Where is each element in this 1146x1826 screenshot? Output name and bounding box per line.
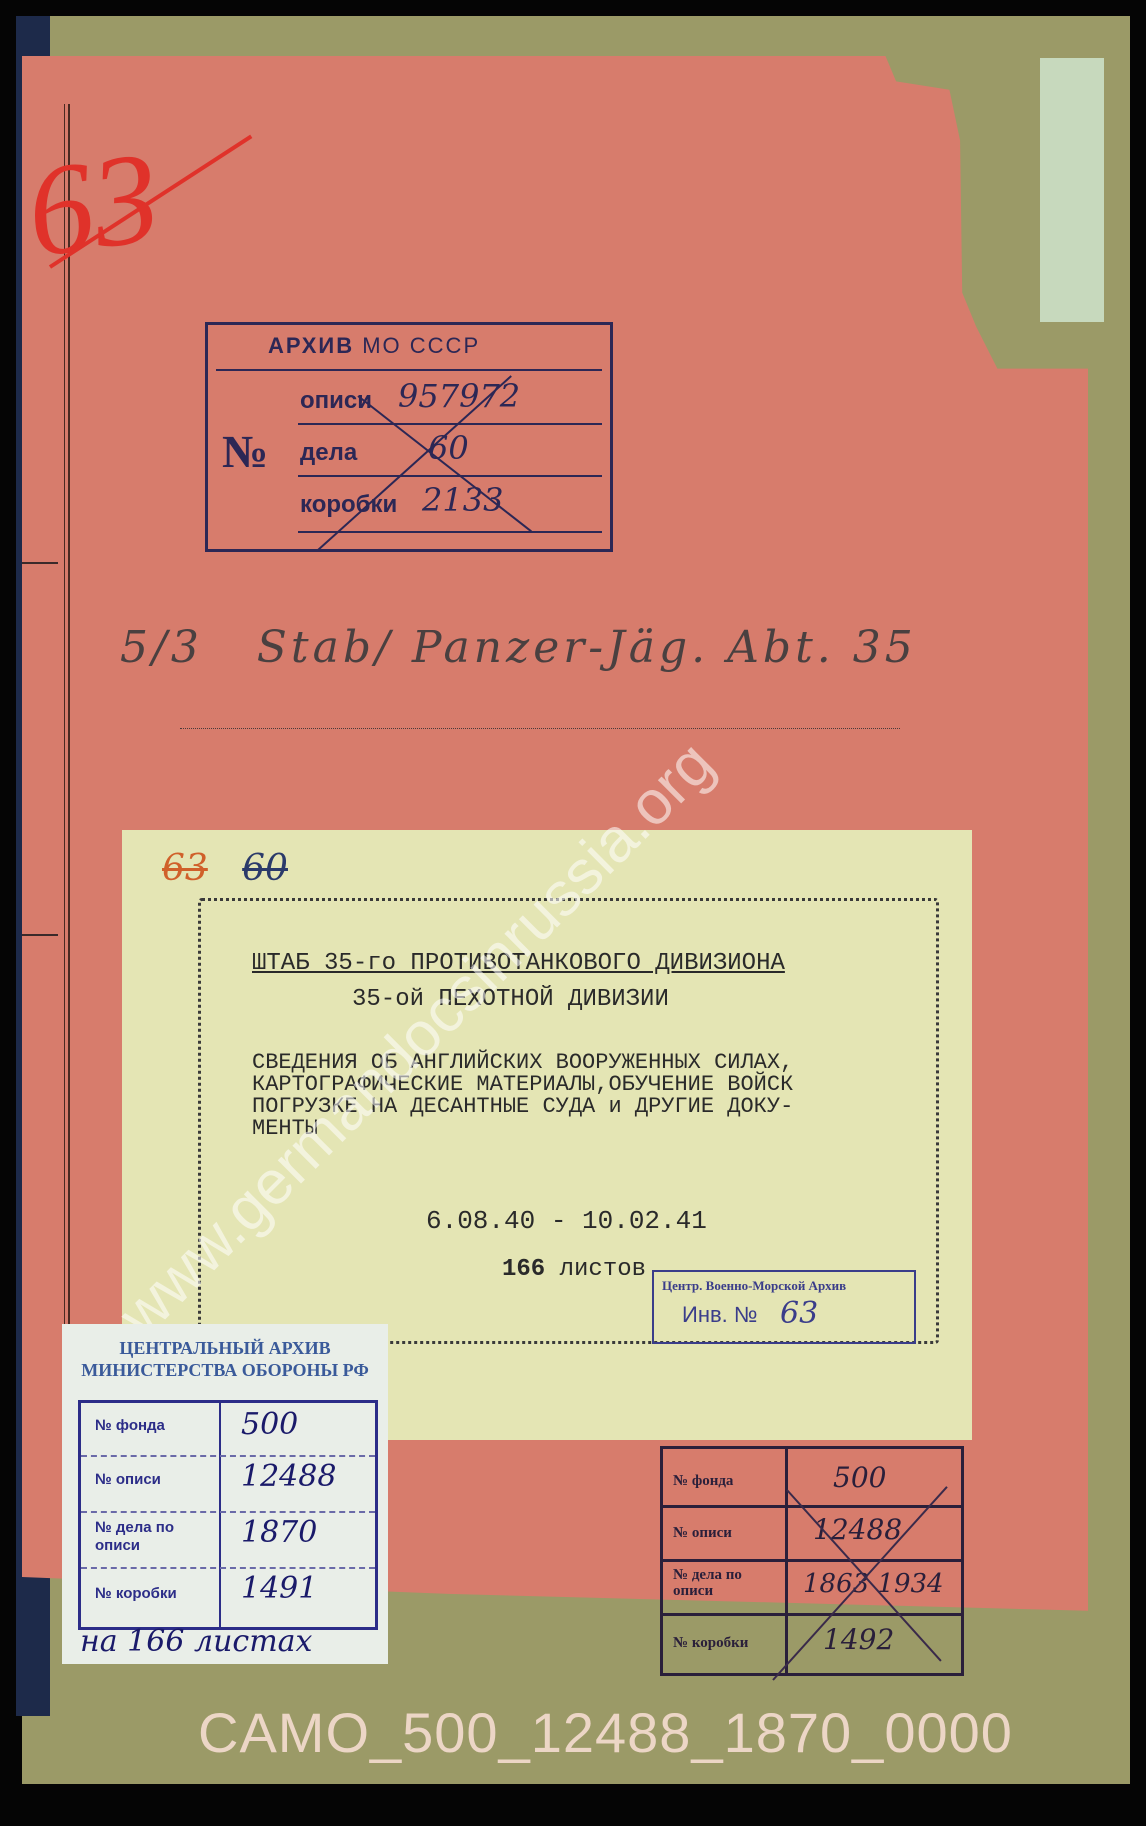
card-header-line1: ЦЕНТРАЛЬНЫЙ АРХИВ	[62, 1338, 388, 1359]
image-id-caption: CAMO_500_12488_1870_0000	[198, 1700, 1013, 1765]
table-rule	[81, 1455, 375, 1458]
dotted-baseline	[180, 728, 900, 729]
date-range: 6.08.40 - 10.02.41	[426, 1206, 707, 1236]
old-label-numbers: 63 60	[162, 848, 288, 889]
old-label-korobki: № коробки	[673, 1635, 748, 1651]
margin-tick	[22, 934, 58, 936]
inventory-value: 63	[780, 1296, 818, 1331]
naval-archive-title: Центр. Военно-Морской Архив	[662, 1278, 846, 1294]
stamp-rule	[298, 475, 602, 477]
sheet-count: 166 листов	[502, 1256, 646, 1283]
old-value-opisi: 12488	[813, 1513, 902, 1546]
table-divider	[219, 1403, 221, 1627]
card-value-korobki: 1491	[241, 1571, 317, 1606]
camo-archive-card: ЦЕНТРАЛЬНЫЙ АРХИВ МИНИСТЕРСТВА ОБОРОНЫ Р…	[62, 1324, 388, 1664]
stamp-rule	[298, 531, 602, 533]
card-label-dela: № дела по описи	[95, 1519, 205, 1555]
old-value-fond: 500	[833, 1461, 886, 1494]
stamp-label-korobki: коробки	[300, 491, 397, 519]
stamp-label-opisi: описи	[300, 387, 372, 415]
card-label-fond: № фонда	[95, 1417, 165, 1435]
card-label-opisi: № описи	[95, 1471, 161, 1489]
handwritten-german-title: 5/3 Stab/ Panzer-Jäg. Abt. 35	[120, 622, 917, 673]
card-sheet-note: на 166 листах	[80, 1624, 312, 1659]
stamp-header: АРХИВ МО СССР	[268, 333, 480, 359]
stamp-rule	[216, 369, 602, 371]
table-rule	[663, 1613, 961, 1616]
old-label-dela: № дела по описи	[673, 1567, 773, 1599]
inventory-label: Инв. №	[682, 1302, 757, 1328]
naval-archive-stamp: Центр. Военно-Морской Архив Инв. № 63	[652, 1270, 916, 1344]
old-label-opisi: № описи	[673, 1525, 732, 1541]
card-value-opisi: 12488	[241, 1459, 336, 1494]
card-label-korobki: № коробки	[95, 1585, 177, 1603]
old-label-fond: № фонда	[673, 1473, 733, 1489]
old-archive-stamp: № фонда 500 № описи 12488 № дела по опис…	[660, 1446, 964, 1676]
number-sign: №	[222, 425, 268, 478]
torn-corner-underlay	[1040, 58, 1104, 322]
table-rule	[81, 1511, 375, 1514]
stamp-label-dela: дела	[300, 439, 357, 467]
stamp-rule	[298, 423, 602, 425]
archive-mo-ussr-stamp: АРХИВ МО СССР № описи 957972 дела 60 кор…	[205, 322, 613, 552]
card-value-fond: 500	[241, 1407, 298, 1442]
card-value-dela: 1870	[241, 1515, 317, 1550]
card-header-line2: МИНИСТЕРСТВА ОБОРОНЫ РФ	[62, 1360, 388, 1381]
table-rule	[81, 1567, 375, 1570]
table-rule	[663, 1559, 961, 1562]
card-table: № фонда 500 № описи 12488 № дела по опис…	[78, 1400, 378, 1630]
stamp-value-dela: 60	[428, 429, 469, 467]
margin-tick	[22, 562, 58, 564]
table-rule	[663, 1505, 961, 1508]
old-value-korobki: 1492	[823, 1623, 894, 1656]
